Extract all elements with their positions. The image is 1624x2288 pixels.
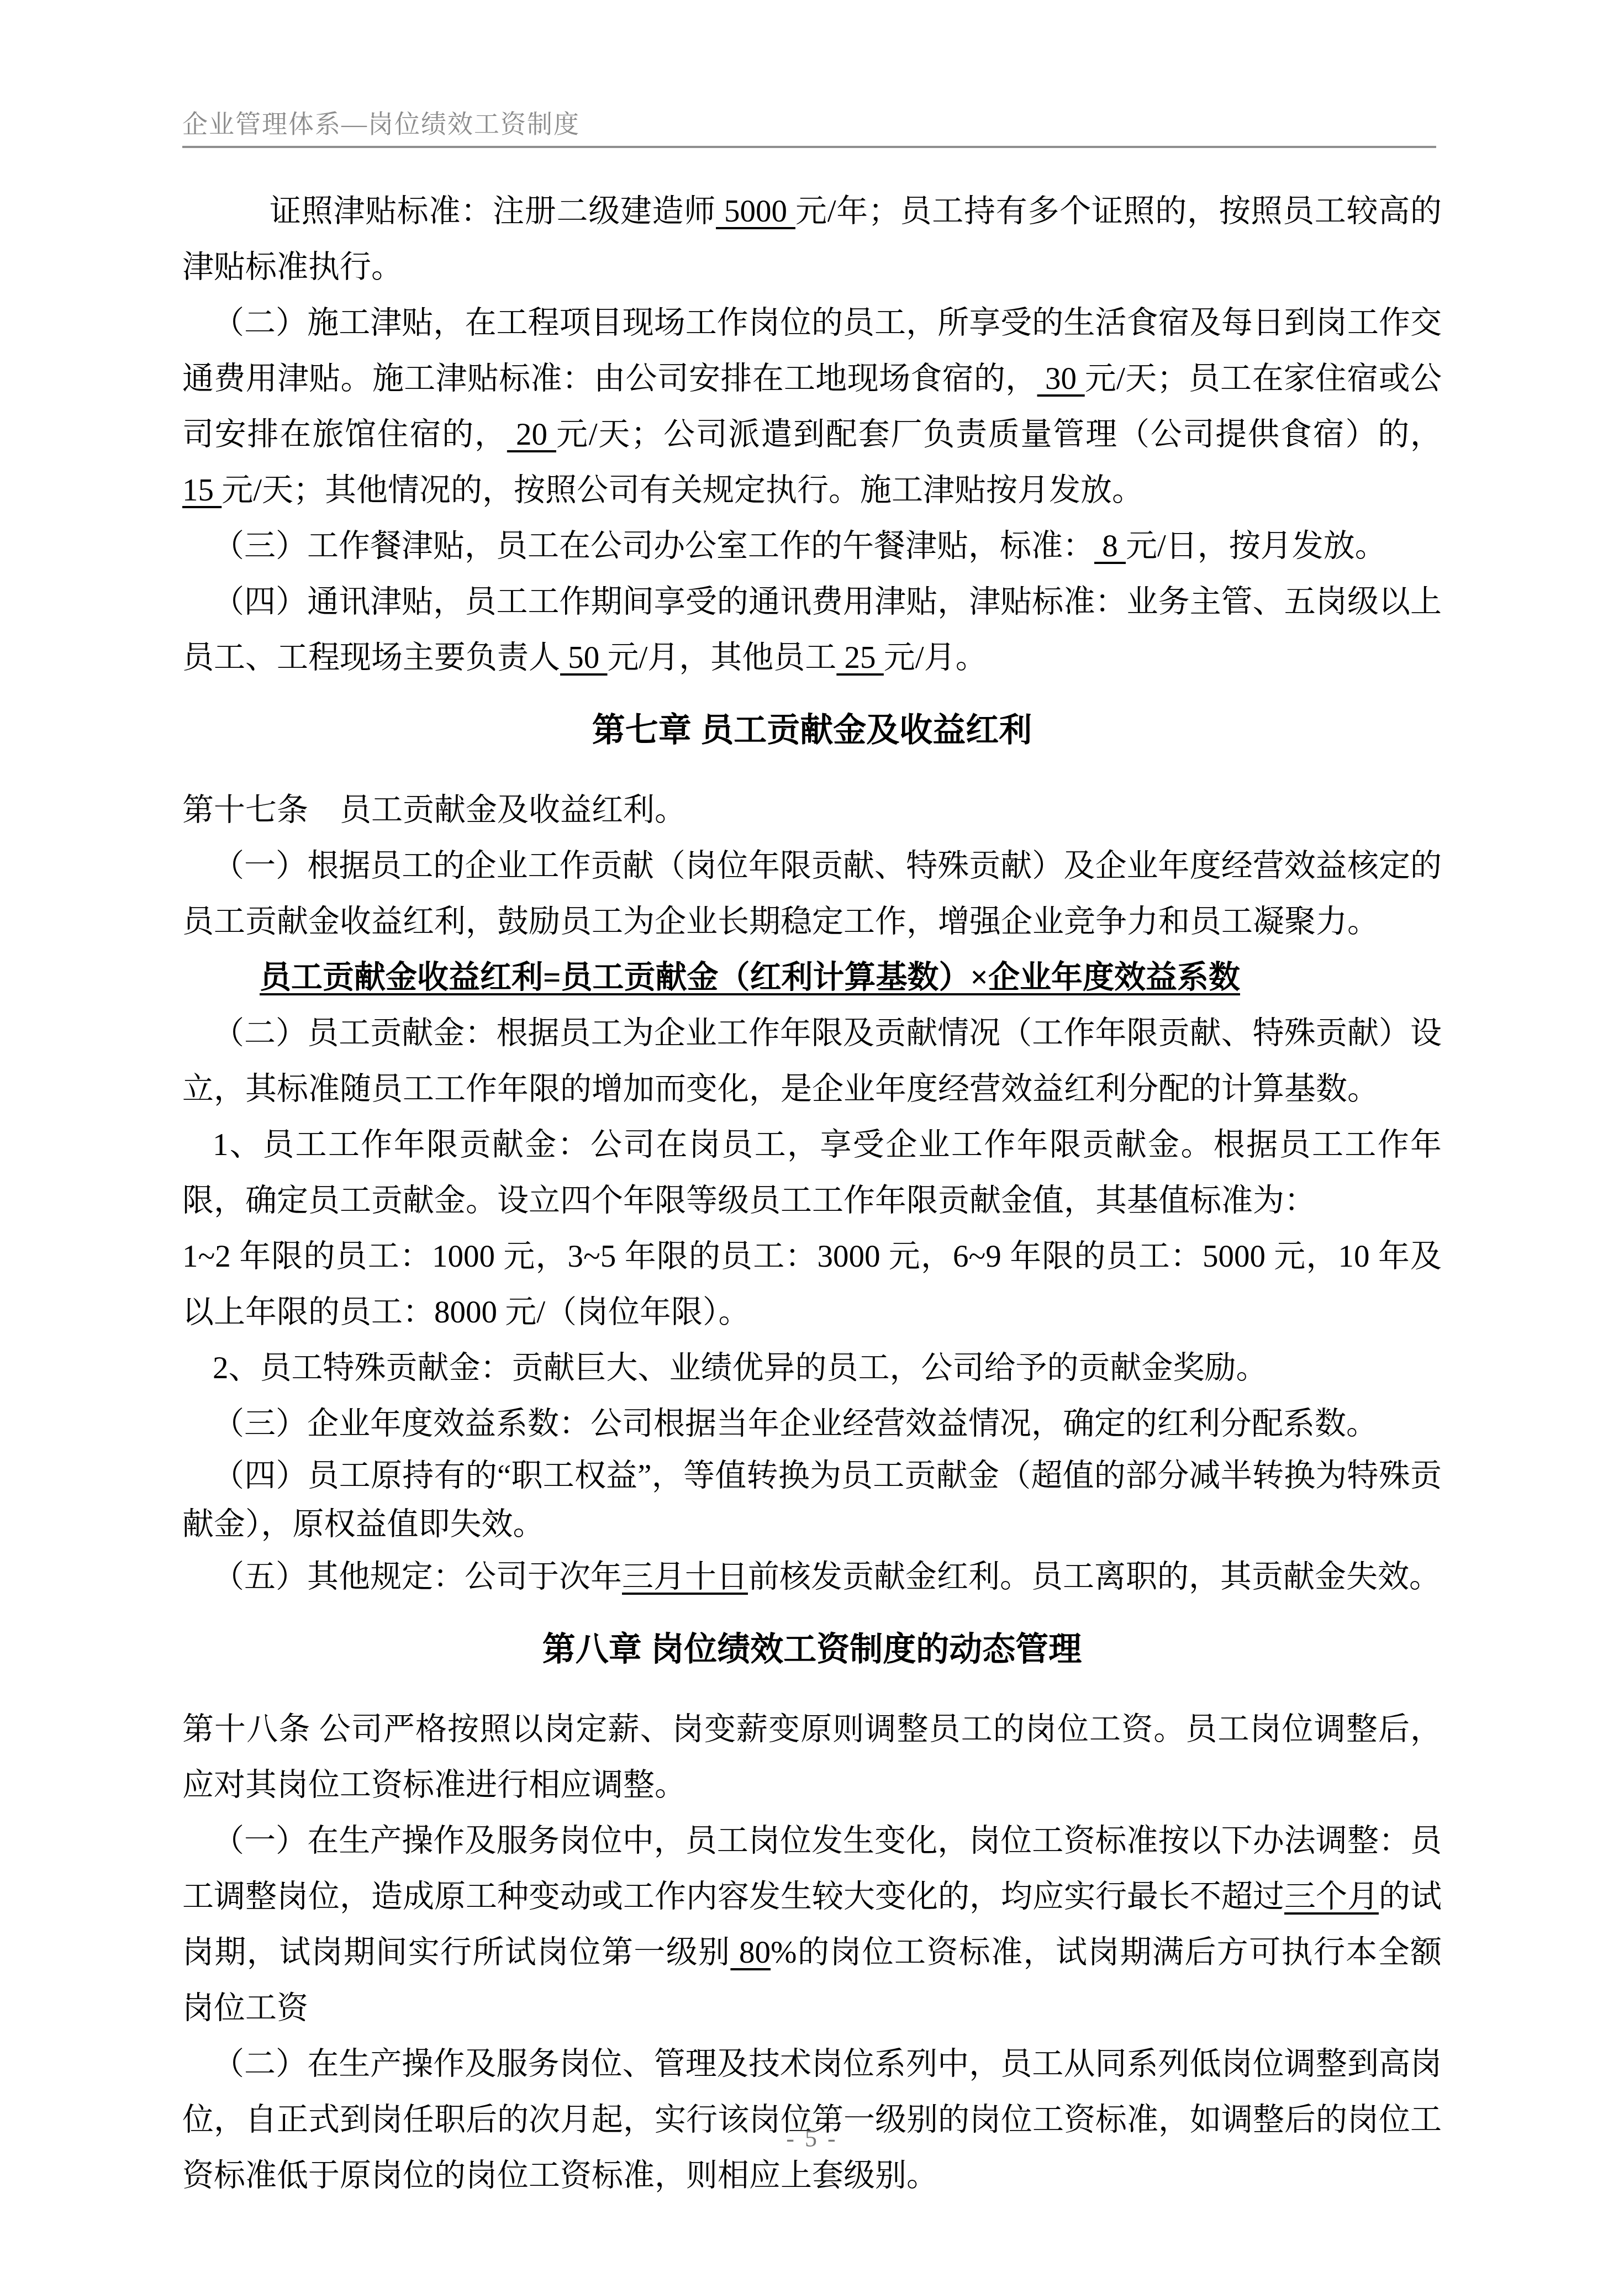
text-run: 第十七条 员工贡献金及收益红利。 xyxy=(182,793,686,827)
text-run: （二）在生产操作及服务岗位、管理及技术岗位系列中，员工从同系列低岗位调整到高岗位… xyxy=(182,2047,1442,2193)
paragraph: （三）工作餐津贴，员工在公司办公室工作的午餐津贴，标准： 8 元/日，按月发放。 xyxy=(182,518,1442,574)
text-run: 元/月。 xyxy=(884,640,987,675)
text-run: （三）企业年度效益系数：公司根据当年企业经营效益情况，确定的红利分配系数。 xyxy=(213,1406,1378,1441)
underlined-run: 25 xyxy=(836,640,884,675)
text-run: 证照津贴标准：注册二级建造师 xyxy=(270,194,716,229)
text-run: 第十八条 公司严格按照以岗定薪、岗变薪变原则调整员工的岗位工资。员工岗位调整后，… xyxy=(182,1712,1442,1802)
text-run: （二）员工贡献金：根据员工为企业工作年限及贡献情况（工作年限贡献、特殊贡献）设立… xyxy=(182,1016,1442,1106)
underlined-run: 30 xyxy=(1037,361,1085,396)
paragraph: （四）通讯津贴，员工工作期间享受的通讯费用津贴，津贴标准：业务主管、五岗级以上员… xyxy=(182,574,1442,686)
underlined-run: 20 xyxy=(507,417,556,452)
paragraph: （二）员工贡献金：根据员工为企业工作年限及贡献情况（工作年限贡献、特殊贡献）设立… xyxy=(182,1005,1442,1117)
chapter-heading: 第八章 岗位绩效工资制度的动态管理 xyxy=(182,1621,1442,1677)
paragraph: （五）其他规定：公司于次年三月十日前核发贡献金红利。员工离职的，其贡献金失效。 xyxy=(182,1549,1442,1605)
underlined-run: 三月十日 xyxy=(622,1559,748,1594)
page-footer: - 5 - xyxy=(0,2124,1624,2153)
text-run: （五）其他规定：公司于次年 xyxy=(213,1559,622,1594)
text-run: （一）在生产操作及服务岗位中，员工岗位发生变化，岗位工资标准按以下办法调整：员工… xyxy=(182,1823,1442,1914)
underlined-run: 员工贡献金收益红利=员工贡献金（红利计算基数）×企业年度效益系数 xyxy=(260,960,1240,995)
paragraph: （二）在生产操作及服务岗位、管理及技术岗位系列中，员工从同系列低岗位调整到高岗位… xyxy=(182,2036,1442,2203)
paragraph: （四）员工原持有的“职工权益”，等值转换为员工贡献金（超值的部分减半转换为特殊贡… xyxy=(182,1452,1442,1549)
text-run: 2、员工特殊贡献金：贡献巨大、业绩优异的员工，公司给予的贡献金奖励。 xyxy=(213,1351,1268,1385)
paragraph: （三）企业年度效益系数：公司根据当年企业经营效益情况，确定的红利分配系数。 xyxy=(182,1396,1442,1452)
page-header: 企业管理体系—岗位绩效工资制度 xyxy=(182,108,1436,148)
page-number: - 5 - xyxy=(786,2125,837,2152)
text-run: 1、员工工作年限贡献金：公司在岗员工，享受企业工作年限贡献金。根据员工工作年限，… xyxy=(182,1127,1442,1218)
underlined-run: 80 xyxy=(730,1935,771,1970)
chapter-heading: 第七章 员工贡献金及收益红利 xyxy=(182,702,1442,758)
underlined-run: 三个月 xyxy=(1284,1879,1379,1914)
underlined-run: 15 xyxy=(182,473,222,508)
underlined-run: 8 xyxy=(1094,529,1126,563)
underlined-run: 5000 xyxy=(716,194,795,229)
document-page: 企业管理体系—岗位绩效工资制度 证照津贴标准：注册二级建造师 5000 元/年；… xyxy=(0,0,1624,2288)
paragraph: 第十七条 员工贡献金及收益红利。 xyxy=(182,782,1442,838)
paragraph: 1、员工工作年限贡献金：公司在岗员工，享受企业工作年限贡献金。根据员工工作年限，… xyxy=(182,1117,1442,1229)
paragraph: （一）在生产操作及服务岗位中，员工岗位发生变化，岗位工资标准按以下办法调整：员工… xyxy=(182,1813,1442,2036)
header-title: 企业管理体系—岗位绩效工资制度 xyxy=(182,110,580,138)
underlined-run: 50 xyxy=(560,640,608,675)
text-run: 前核发贡献金红利。员工离职的，其贡献金失效。 xyxy=(748,1559,1441,1594)
text-run: 元/天；其他情况的，按照公司有关规定执行。施工津贴按月发放。 xyxy=(222,473,1143,508)
text-run: 元/月，其他员工 xyxy=(608,640,837,675)
paragraph: 1~2 年限的员工：1000 元，3~5 年限的员工：3000 元，6~9 年限… xyxy=(182,1229,1442,1340)
paragraph: （二）施工津贴，在工程项目现场工作岗位的员工，所享受的生活食宿及每日到岗工作交通… xyxy=(182,295,1442,518)
paragraph: （一）根据员工的企业工作贡献（岗位年限贡献、特殊贡献）及企业年度经营效益核定的员… xyxy=(182,838,1442,950)
paragraph: 2、员工特殊贡献金：贡献巨大、业绩优异的员工，公司给予的贡献金奖励。 xyxy=(182,1340,1442,1396)
paragraph: 证照津贴标准：注册二级建造师 5000 元/年；员工持有多个证照的，按照员工较高… xyxy=(182,183,1442,295)
formula-line: 员工贡献金收益红利=员工贡献金（红利计算基数）×企业年度效益系数 xyxy=(182,950,1442,1005)
text-run: 元/天；公司派遣到配套厂负责质量管理（公司提供食宿）的， xyxy=(556,417,1442,452)
text-run: 元/日，按月发放。 xyxy=(1126,529,1386,563)
text-run: 1~2 年限的员工：1000 元，3~5 年限的员工：3000 元，6~9 年限… xyxy=(182,1239,1442,1330)
document-body: 证照津贴标准：注册二级建造师 5000 元/年；员工持有多个证照的，按照员工较高… xyxy=(182,183,1442,2203)
paragraph: 第十八条 公司严格按照以岗定薪、岗变薪变原则调整员工的岗位工资。员工岗位调整后，… xyxy=(182,1701,1442,1813)
text-run: （三）工作餐津贴，员工在公司办公室工作的午餐津贴，标准： xyxy=(213,529,1094,563)
text-run: （一）根据员工的企业工作贡献（岗位年限贡献、特殊贡献）及企业年度经营效益核定的员… xyxy=(182,848,1442,939)
text-run: （四）员工原持有的“职工权益”，等值转换为员工贡献金（超值的部分减半转换为特殊贡… xyxy=(182,1458,1442,1542)
